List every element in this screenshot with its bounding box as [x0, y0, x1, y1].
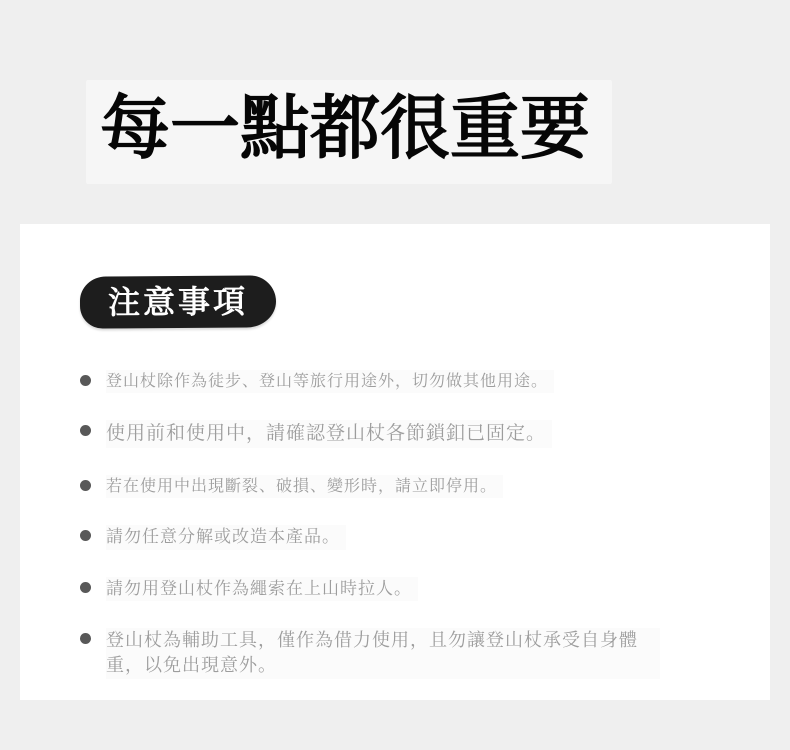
notes-list: 登山杖除作為徒步、登山等旅行用途外，切勿做其他用途。 使用前和使用中，請確認登山… [80, 370, 710, 679]
product-detail-section: 每一點都很重要 注意事項 登山杖除作為徒步、登山等旅行用途外，切勿做其他用途。 … [0, 0, 790, 750]
note-item-3: 若在使用中出現斷裂、破損、變形時，請立即停用。 [80, 475, 710, 498]
heading-container: 每一點都很重要 [0, 0, 790, 184]
bullet-icon [80, 582, 91, 593]
note-item-6: 登山杖為輔助工具，僅作為借力使用，且勿讓登山杖承受自身體重，以免出現意外。 [80, 628, 660, 678]
note-text: 若在使用中出現斷裂、破損、變形時，請立即停用。 [106, 475, 503, 498]
note-text: 請勿用登山杖作為繩索在上山時拉人。 [106, 577, 418, 602]
bullet-icon [80, 425, 91, 436]
note-text: 請勿任意分解或改造本產品。 [106, 525, 346, 550]
note-text: 登山杖除作為徒步、登山等旅行用途外，切勿做其他用途。 [106, 370, 554, 393]
note-item-5: 請勿用登山杖作為繩索在上山時拉人。 [80, 577, 710, 602]
bullet-icon [80, 530, 91, 541]
note-item-2: 使用前和使用中，請確認登山杖各節鎖釦已固定。 [80, 420, 710, 448]
note-text: 登山杖為輔助工具，僅作為借力使用，且勿讓登山杖承受自身體重，以免出現意外。 [106, 628, 660, 678]
notes-card: 注意事項 登山杖除作為徒步、登山等旅行用途外，切勿做其他用途。 使用前和使用中，… [20, 224, 770, 700]
note-text: 使用前和使用中，請確認登山杖各節鎖釦已固定。 [106, 420, 552, 448]
bullet-icon [80, 480, 91, 491]
page-title: 每一點都很重要 [86, 80, 612, 184]
note-item-1: 登山杖除作為徒步、登山等旅行用途外，切勿做其他用途。 [80, 370, 710, 393]
bullet-icon [80, 375, 91, 386]
bullet-icon [80, 633, 91, 644]
notes-badge: 注意事項 [80, 275, 276, 328]
note-item-4: 請勿任意分解或改造本產品。 [80, 525, 710, 550]
